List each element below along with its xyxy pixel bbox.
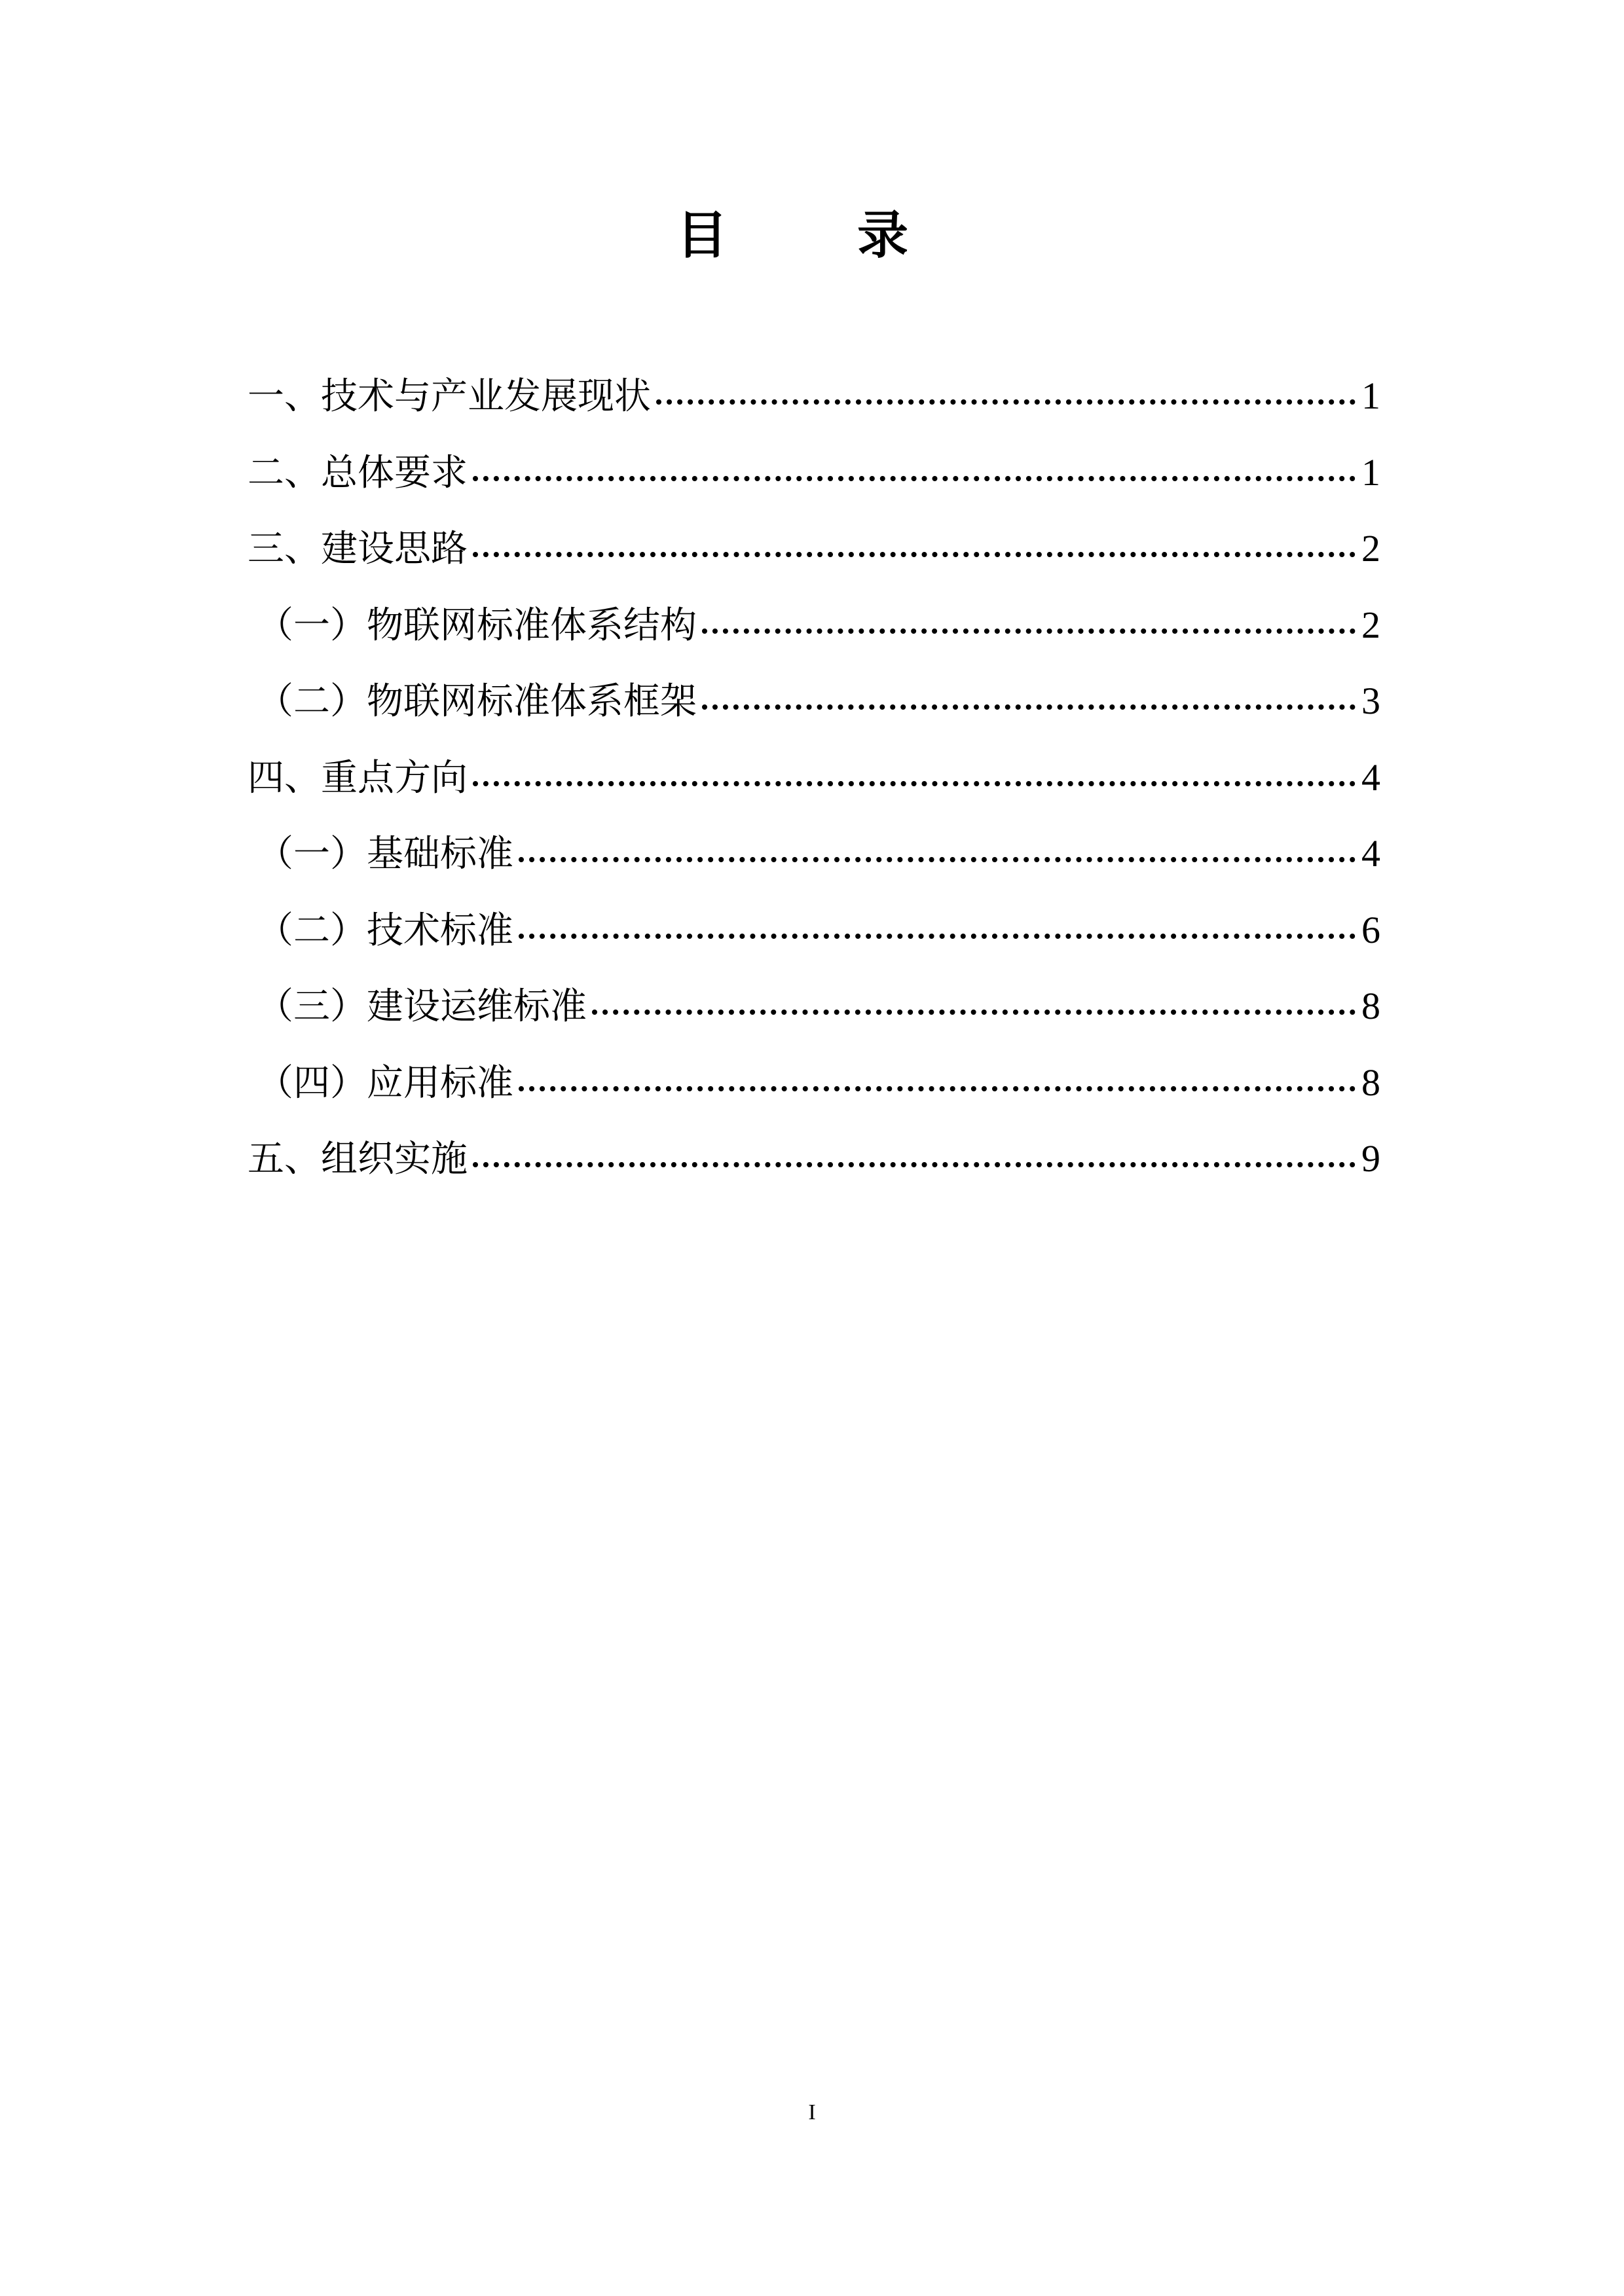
toc-entry-label: 五、组织实施 (248, 1130, 468, 1189)
dot-leader (592, 1010, 1356, 1015)
dot-leader (473, 1162, 1356, 1167)
toc-entry-label: （一）物联网标准体系结构 (248, 596, 697, 655)
toc-entry-label: （一）基础标准 (248, 825, 513, 884)
toc-entry-basic-standards[interactable]: （一）基础标准 4 (248, 824, 1380, 901)
dot-leader (702, 629, 1356, 634)
toc-entry-iot-standard-structure[interactable]: （一）物联网标准体系结构 2 (248, 596, 1380, 672)
toc-entry-page: 8 (1361, 1053, 1380, 1112)
toc-entry-technology-industry-status[interactable]: 一、技术与产业发展现状 1 (248, 367, 1380, 443)
toc-entry-page: 2 (1361, 519, 1380, 578)
toc-entry-page: 4 (1361, 824, 1380, 883)
toc-entry-label: （四）应用标准 (248, 1054, 513, 1113)
toc-entry-construction-approach[interactable]: 三、建设思路 2 (248, 519, 1380, 596)
toc-entry-label: 二、总体要求 (248, 444, 468, 503)
toc-entry-iot-standard-framework[interactable]: （二）物联网标准体系框架 3 (248, 672, 1380, 748)
dot-leader (519, 934, 1356, 939)
toc-entry-application-standards[interactable]: （四）应用标准 8 (248, 1053, 1380, 1130)
dot-leader (473, 476, 1356, 481)
toc-entry-page: 8 (1361, 977, 1380, 1036)
dot-leader (473, 781, 1356, 786)
toc-entry-page: 2 (1361, 596, 1380, 655)
toc-entry-general-requirements[interactable]: 二、总体要求 1 (248, 443, 1380, 520)
page-title: 目 录 (0, 196, 1624, 275)
table-of-contents: 一、技术与产业发展现状 1 二、总体要求 1 三、建设思路 2 （一）物联网标准… (248, 367, 1380, 1206)
toc-entry-label: （二）物联网标准体系框架 (248, 672, 697, 731)
dot-leader (702, 704, 1356, 710)
toc-entry-label: 三、建设思路 (248, 520, 468, 579)
toc-entry-page: 9 (1361, 1129, 1380, 1188)
toc-entry-label: （三）建设运维标准 (248, 977, 587, 1036)
toc-entry-construction-operation-standards[interactable]: （三）建设运维标准 8 (248, 977, 1380, 1053)
toc-entry-page: 4 (1361, 748, 1380, 807)
toc-entry-page: 6 (1361, 901, 1380, 960)
dot-leader (473, 552, 1356, 557)
dot-leader (519, 1086, 1356, 1091)
toc-entry-label: 一、技术与产业发展现状 (248, 367, 651, 426)
dot-leader (656, 399, 1356, 405)
toc-entry-label: 四、重点方向 (248, 749, 468, 808)
toc-entry-page: 3 (1361, 672, 1380, 731)
toc-entry-organization-implementation[interactable]: 五、组织实施 9 (248, 1129, 1380, 1206)
footer-page-number: I (0, 2100, 1624, 2125)
toc-entry-label: （二）技术标准 (248, 902, 513, 960)
dot-leader (519, 857, 1356, 862)
toc-entry-page: 1 (1361, 367, 1380, 426)
toc-entry-key-directions[interactable]: 四、重点方向 4 (248, 748, 1380, 825)
toc-entry-page: 1 (1361, 443, 1380, 502)
toc-entry-technical-standards[interactable]: （二）技术标准 6 (248, 901, 1380, 977)
